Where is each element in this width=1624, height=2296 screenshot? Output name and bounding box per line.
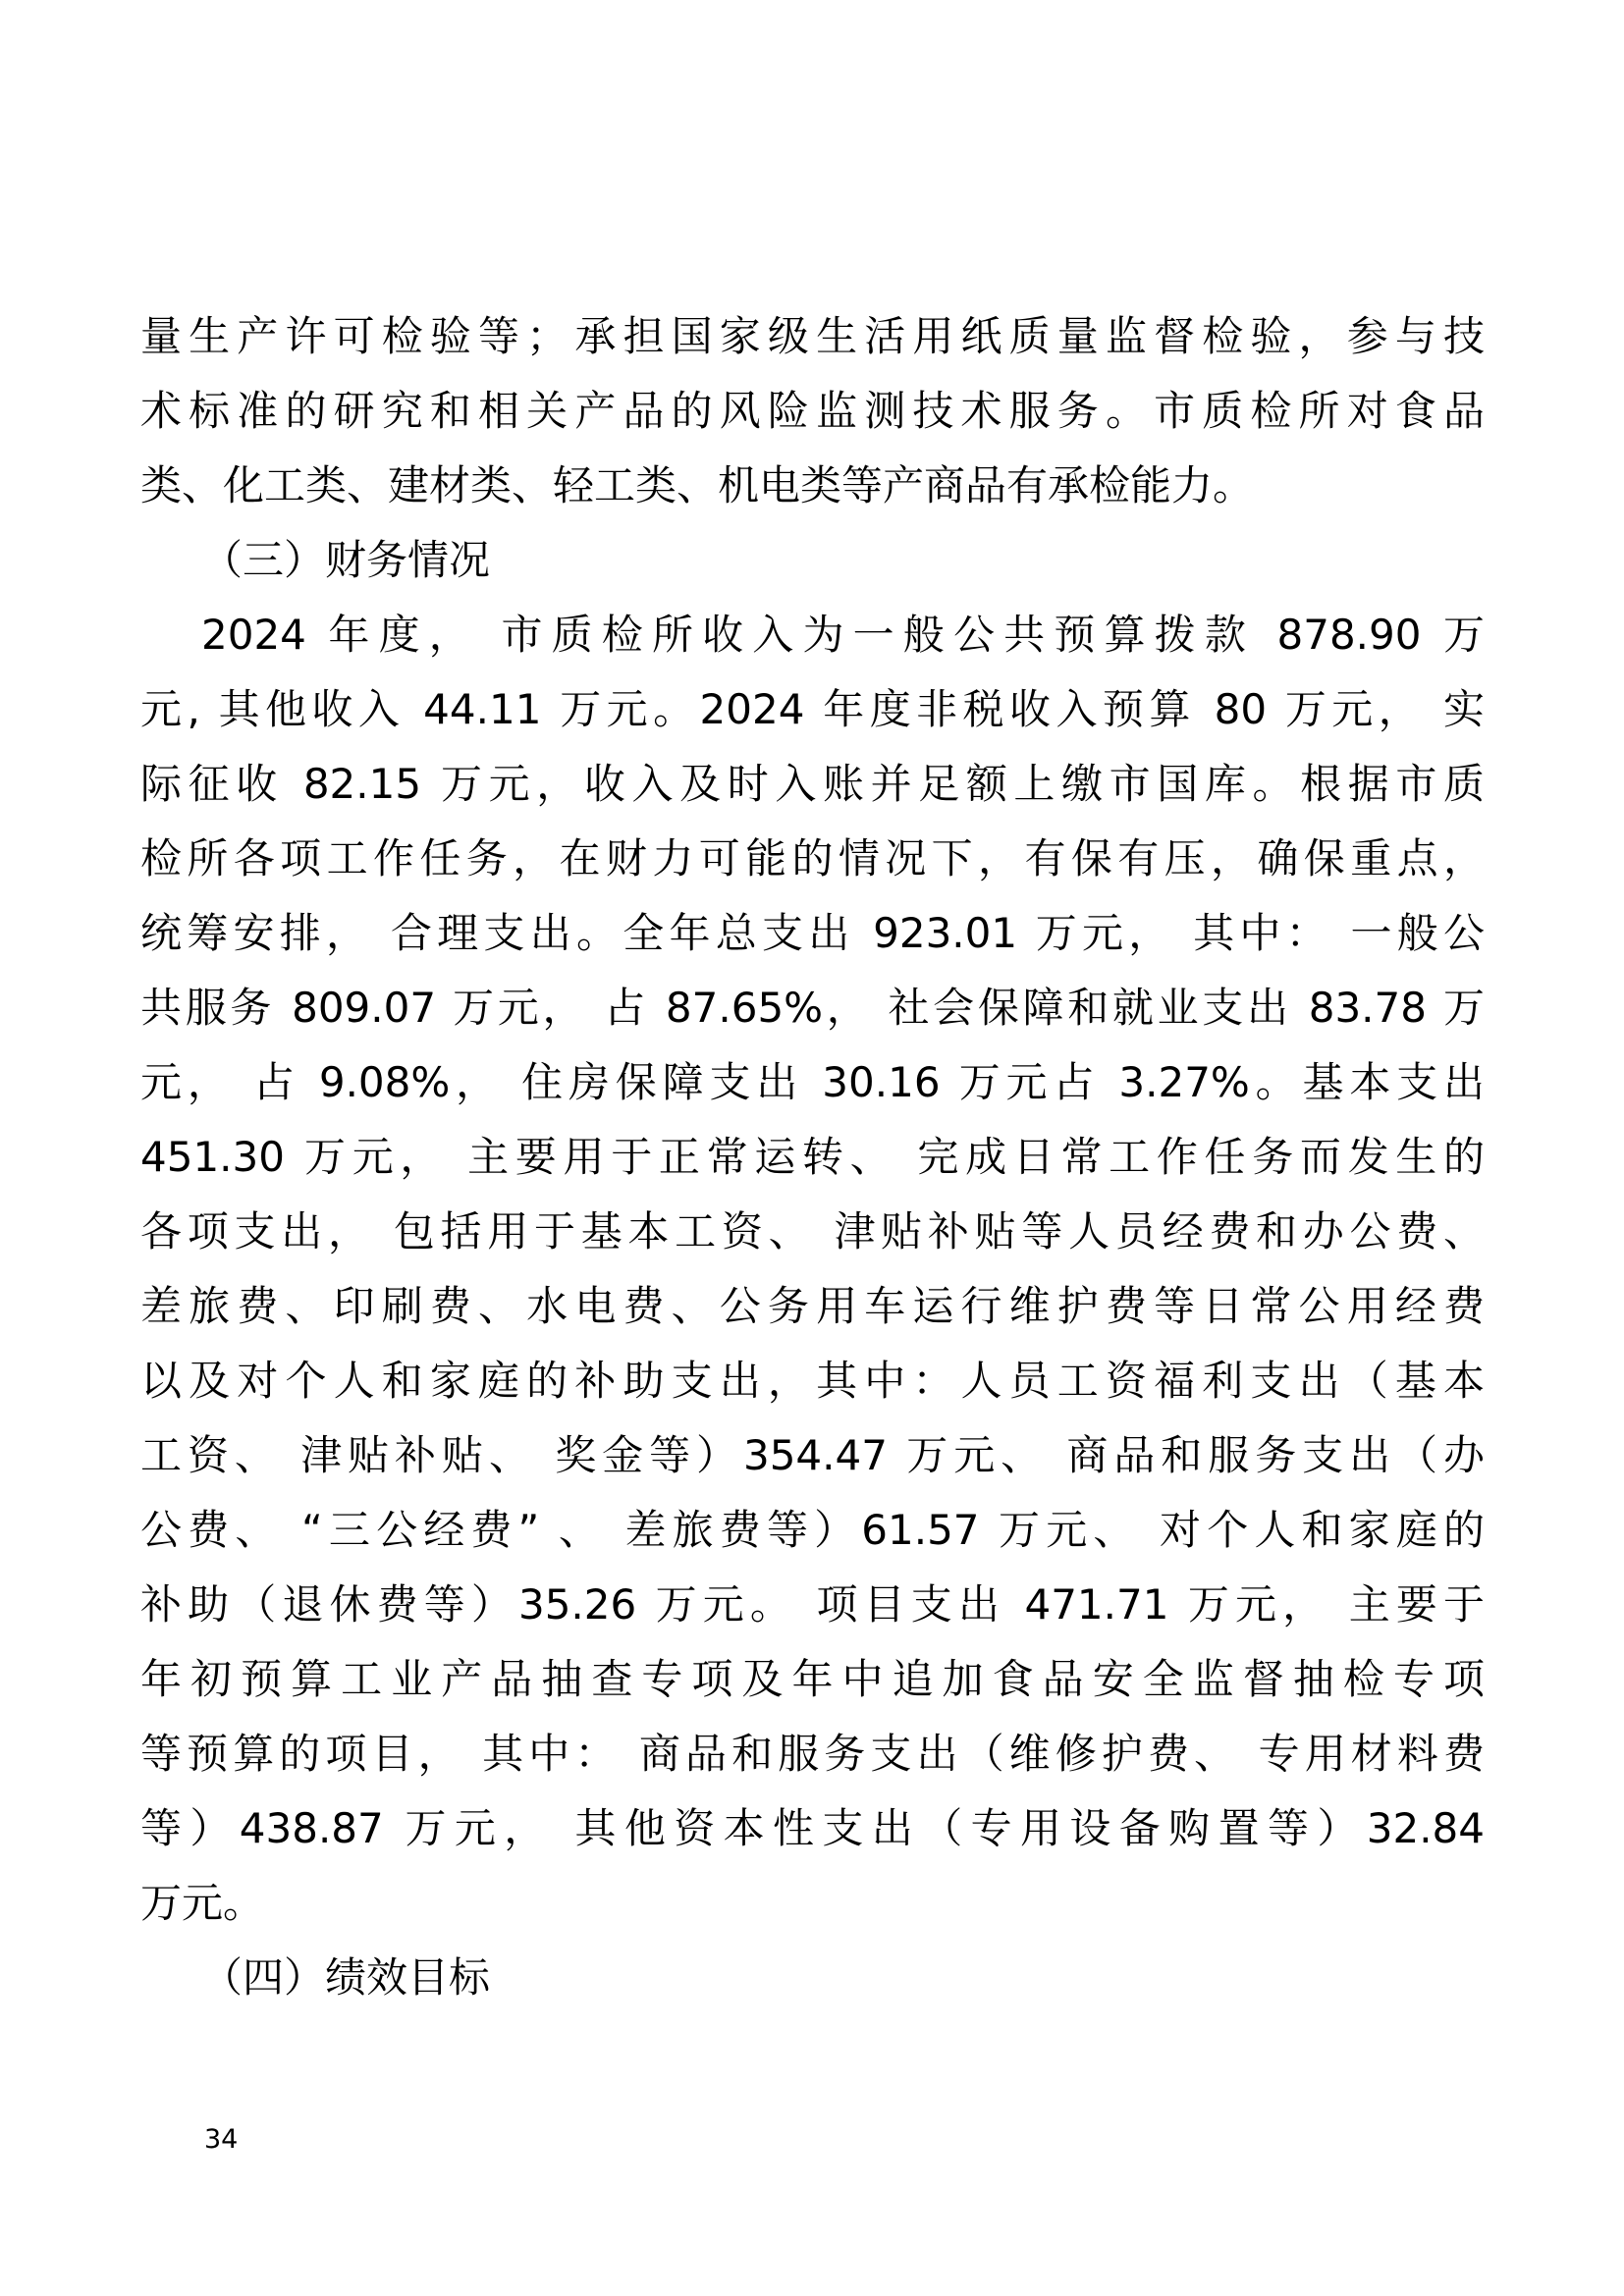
- body-text-line: 元, 其他收入 44.11 万元。2024 年度非税收入预算 80 万元， 实: [140, 672, 1485, 747]
- page-number: 34: [204, 2120, 238, 2160]
- body-text-line: 等预算的项目， 其中： 商品和服务支出（维修护费、 专用材料费: [140, 1717, 1485, 1791]
- body-text-line: 量生产许可检验等；承担国家级生活用纸质量监督检验，参与技: [140, 299, 1485, 374]
- body-text-line: 差旅费、印刷费、水电费、公务用车运行维护费等日常公用经费: [140, 1269, 1485, 1344]
- body-text-line: 补助（退休费等）35.26 万元。 项目支出 471.71 万元， 主要于: [140, 1568, 1485, 1642]
- body-text-line: 2024 年度， 市质检所收入为一般公共预算拨款 878.90 万: [140, 598, 1485, 672]
- body-text-line: 检所各项工作任务，在财力可能的情况下，有保有压，确保重点，: [140, 822, 1485, 896]
- body-text-line: 以及对个人和家庭的补助支出，其中：人员工资福利支出（基本: [140, 1344, 1485, 1418]
- body-text-line: 万元。: [140, 1866, 1485, 1941]
- document-page: 量生产许可检验等；承担国家级生活用纸质量监督检验，参与技 术标准的研究和相关产品…: [0, 0, 1624, 2296]
- body-text-line: 年初预算工业产品抽查专项及年中追加食品安全监督抽检专项: [140, 1642, 1485, 1717]
- body-text-line: 451.30 万元， 主要用于正常运转、 完成日常工作任务而发生的: [140, 1120, 1485, 1195]
- body-text-line: 统筹安排， 合理支出。全年总支出 923.01 万元， 其中： 一般公: [140, 896, 1485, 971]
- section-heading: （四）绩效目标: [140, 1941, 1485, 2015]
- body-text-line: 元， 占 9.08%， 住房保障支出 30.16 万元占 3.27%。基本支出: [140, 1045, 1485, 1120]
- body-text-line: 际征收 82.15 万元，收入及时入账并足额上缴市国库。根据市质: [140, 747, 1485, 822]
- body-text-line: 公费、 “三公经费” 、 差旅费等）61.57 万元、 对个人和家庭的: [140, 1493, 1485, 1568]
- body-text-line: 类、化工类、建材类、轻工类、机电类等产商品有承检能力。: [140, 449, 1485, 523]
- body-text-line: 各项支出， 包括用于基本工资、 津贴补贴等人员经费和办公费、: [140, 1195, 1485, 1269]
- body-text-line: 等）438.87 万元， 其他资本性支出（专用设备购置等）32.84: [140, 1791, 1485, 1866]
- section-heading: （三）财务情况: [140, 523, 1485, 598]
- body-text-line: 工资、 津贴补贴、 奖金等）354.47 万元、 商品和服务支出（办: [140, 1418, 1485, 1493]
- body-text-line: 共服务 809.07 万元， 占 87.65%， 社会保障和就业支出 83.78…: [140, 971, 1485, 1045]
- body-text-line: 术标准的研究和相关产品的风险监测技术服务。市质检所对食品: [140, 374, 1485, 449]
- document-body: 量生产许可检验等；承担国家级生活用纸质量监督检验，参与技 术标准的研究和相关产品…: [140, 299, 1485, 2015]
